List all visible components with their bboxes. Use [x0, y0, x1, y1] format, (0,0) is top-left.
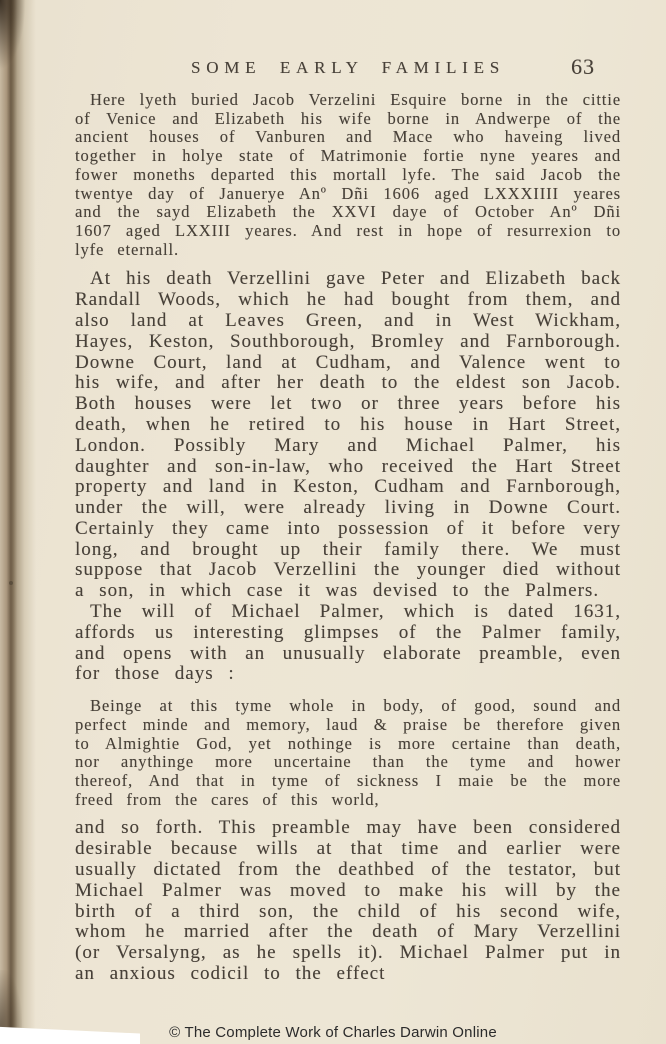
page-text-block: SOME EARLY FAMILIES 63 Here lyeth buried…	[75, 54, 621, 985]
will-preamble-quote: Beinge at this tyme whole in body, of go…	[75, 697, 621, 809]
book-page-scan: SOME EARLY FAMILIES 63 Here lyeth buried…	[0, 0, 666, 1044]
scan-dark-corner-bottom	[0, 970, 22, 1030]
book-gutter-shadow	[0, 0, 36, 1044]
scan-speck	[9, 581, 13, 585]
page-number: 63	[571, 54, 595, 80]
epitaph-quote-paragraph: Here lyeth buried Jacob Verzelini Esquir…	[75, 91, 621, 259]
darwin-online-watermark: © The Complete Work of Charles Darwin On…	[0, 1024, 666, 1041]
body-paragraph-3: and so forth. This preamble may have bee…	[75, 818, 621, 984]
body-paragraph-1: At his death Verzellini gave Peter and E…	[75, 269, 621, 602]
running-header: SOME EARLY FAMILIES 63	[75, 54, 621, 80]
body-paragraph-2: The will of Michael Palmer, which is dat…	[75, 602, 621, 685]
scan-dark-corner-top	[0, 0, 26, 70]
header-title: SOME EARLY FAMILIES	[75, 54, 621, 78]
